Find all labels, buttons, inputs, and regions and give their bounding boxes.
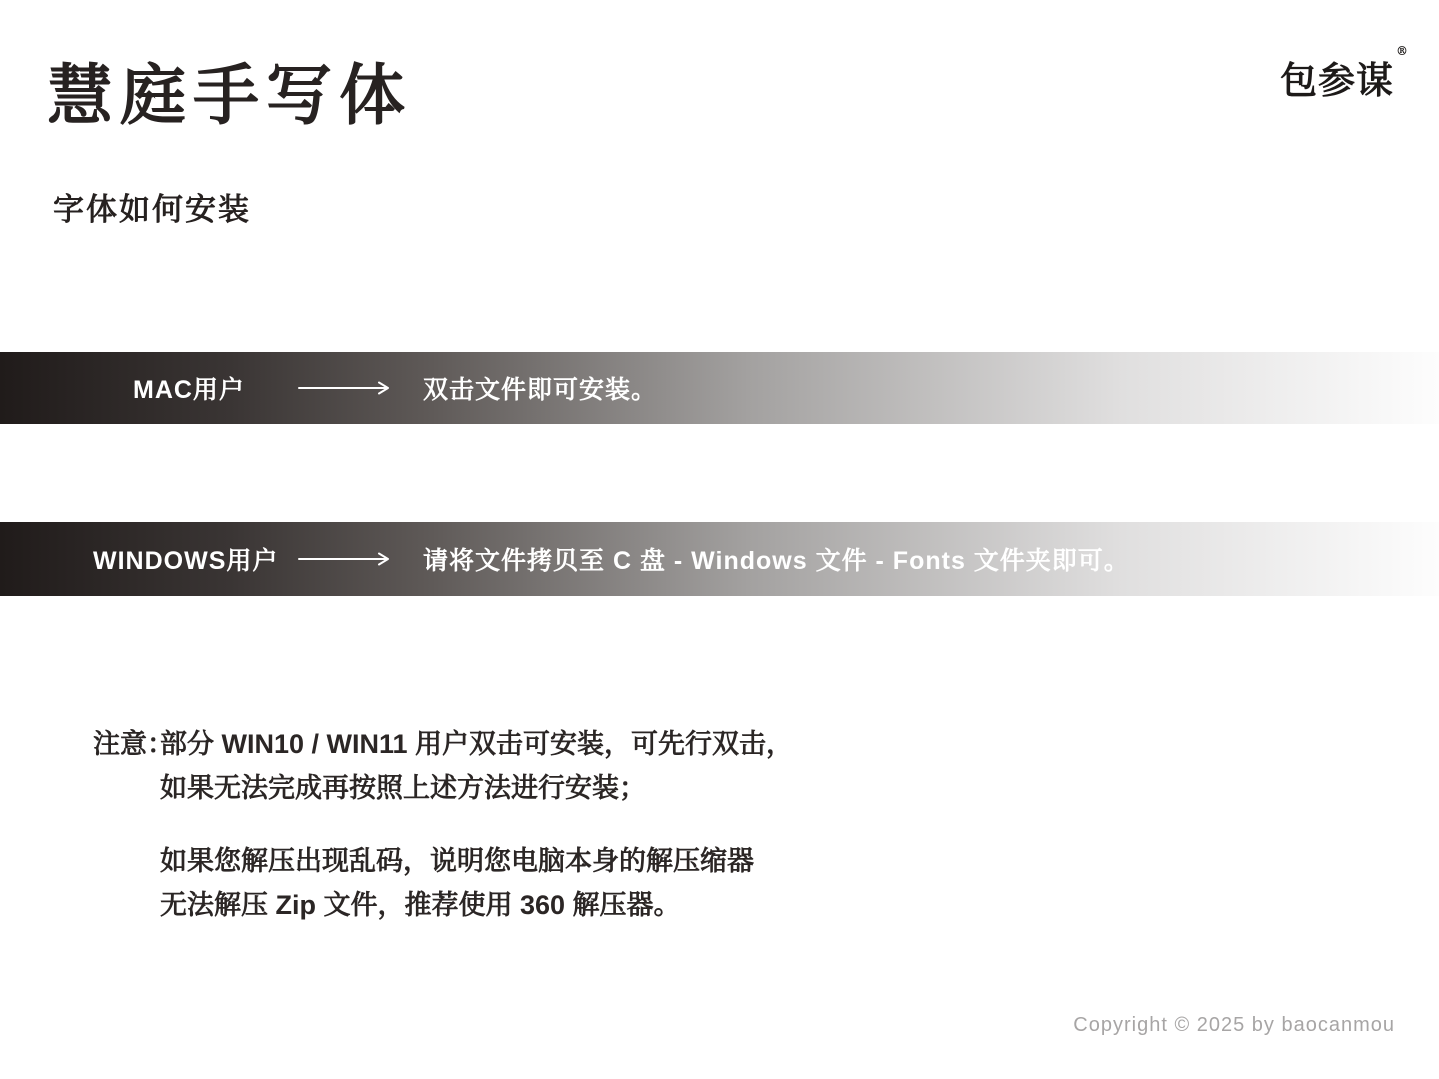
note-line: 如果无法完成再按照上述方法进行安装； (160, 766, 793, 810)
windows-instruction-text: 请将文件拷贝至 C 盘 - Windows 文件 - Fonts 文件夹即可。 (423, 541, 1130, 577)
note-line: 如果您解压出现乱码，说明您电脑本身的解压缩器 (160, 839, 793, 883)
note-label: 注意： (93, 722, 160, 927)
note-block: 注意： 部分 WIN10 / WIN11 用户双击可安装，可先行双击， 如果无法… (93, 722, 793, 927)
mac-user-label: MAC用户 (133, 370, 245, 406)
mac-instruction-bar: MAC用户 双击文件即可安装。 (0, 352, 1439, 424)
trademark-name: 包参谋 (1280, 58, 1394, 102)
registered-mark: ® (1396, 44, 1409, 58)
windows-user-label: WINDOWS用户 (93, 541, 278, 577)
brand-logo-calligraphy: 慧庭手写体 (47, 58, 412, 134)
windows-instruction-bar: WINDOWS用户 请将文件拷贝至 C 盘 - Windows 文件 - Fon… (0, 522, 1439, 596)
copyright-text: Copyright © 2025 by baocanmou (1073, 1014, 1395, 1037)
mac-instruction-text: 双击文件即可安装。 (423, 370, 657, 406)
font-install-instruction-page: 慧庭手写体 包参谋® 字体如何安装 MAC用户 双击文件即可安装。 WINDOW… (0, 0, 1439, 1079)
note-line: 无法解压 Zip 文件，推荐使用 360 解压器。 (160, 883, 793, 927)
note-lines: 部分 WIN10 / WIN11 用户双击可安装，可先行双击， 如果无法完成再按… (160, 722, 793, 927)
arrow-right-icon (298, 552, 392, 566)
trademark-logo: 包参谋® (1280, 50, 1407, 104)
page-title: 字体如何安装 (53, 184, 251, 229)
arrow-right-icon (298, 381, 392, 395)
note-line: 部分 WIN10 / WIN11 用户双击可安装，可先行双击， (160, 722, 793, 766)
